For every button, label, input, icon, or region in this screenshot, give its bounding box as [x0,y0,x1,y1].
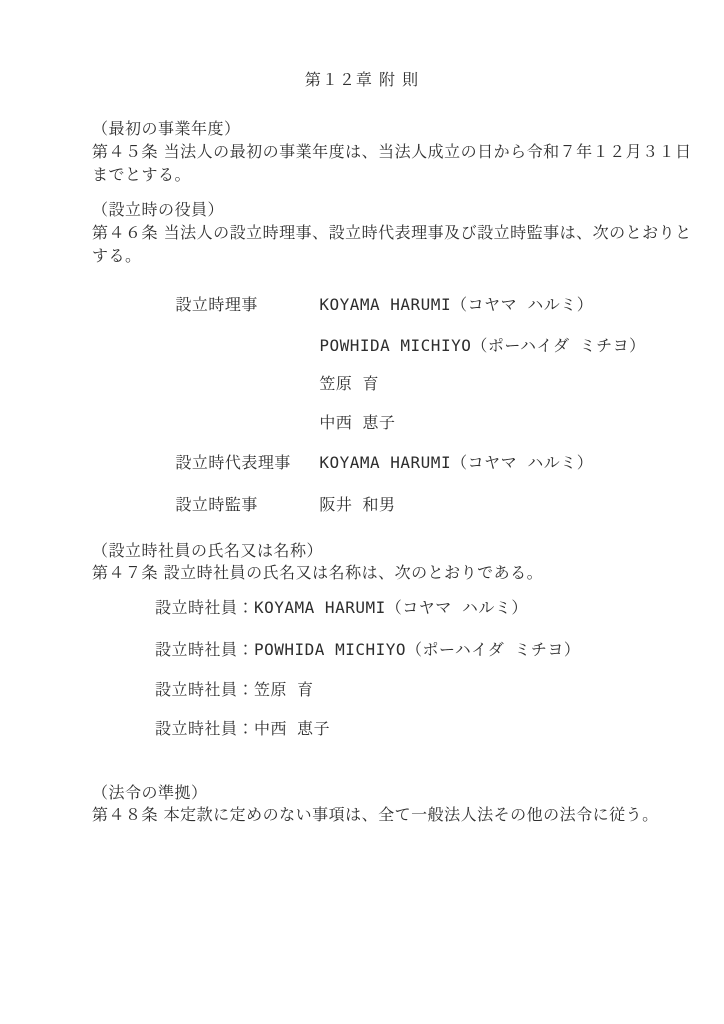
officer-role: 設立時監事 [175,495,319,515]
officer-name: POWHIDA MICHIYO（ポーハイダ ミチヨ） [319,336,645,355]
officer-row: 設立時監事阪井 和男 [153,475,395,535]
chapter-title: 第１２章 附 則 [0,70,724,90]
officer-name: KOYAMA HARUMI（コヤマ ハルミ） [319,295,593,314]
article-45-text-line-1: 第４５条 当法人の最初の事業年度は、当法人成立の日から令和７年１２月３１日 [92,142,692,162]
founding-member-line: 設立時社員：KOYAMA HARUMI（コヤマ ハルミ） [155,598,528,618]
article-47-text-line-1: 第４７条 設立時社員の氏名又は名称は、次のとおりである。 [92,563,543,583]
article-46-heading: （設立時の役員） [92,200,224,220]
founding-member-line: 設立時社員：中西 恵子 [155,719,330,739]
article-46-text-line-1: 第４６条 当法人の設立時理事、設立時代表理事及び設立時監事は、次のとおりと [92,223,692,243]
officer-name: 中西 恵子 [319,413,395,432]
officer-role: 設立時理事 [175,295,319,315]
officer-name: KOYAMA HARUMI（コヤマ ハルミ） [319,453,593,472]
article-46-text-line-2: する。 [92,246,142,266]
article-47-heading: （設立時社員の氏名又は名称） [92,541,323,561]
article-48-heading: （法令の準拠） [92,783,208,803]
founding-member-line: 設立時社員：笠原 育 [155,680,314,700]
officer-name: 阪井 和男 [319,495,395,514]
article-48-text-line-1: 第４８条 本定款に定めのない事項は、全て一般法人法その他の法令に従う。 [92,805,659,825]
officer-name: 笠原 育 [319,374,379,393]
article-45-text-line-2: までとする。 [92,165,191,185]
document-page: 第１２章 附 則 （最初の事業年度） 第４５条 当法人の最初の事業年度は、当法人… [0,0,724,1024]
officer-role: 設立時代表理事 [175,453,319,473]
article-45-heading: （最初の事業年度） [92,119,241,139]
founding-member-line: 設立時社員：POWHIDA MICHIYO（ポーハイダ ミチヨ） [155,640,580,660]
